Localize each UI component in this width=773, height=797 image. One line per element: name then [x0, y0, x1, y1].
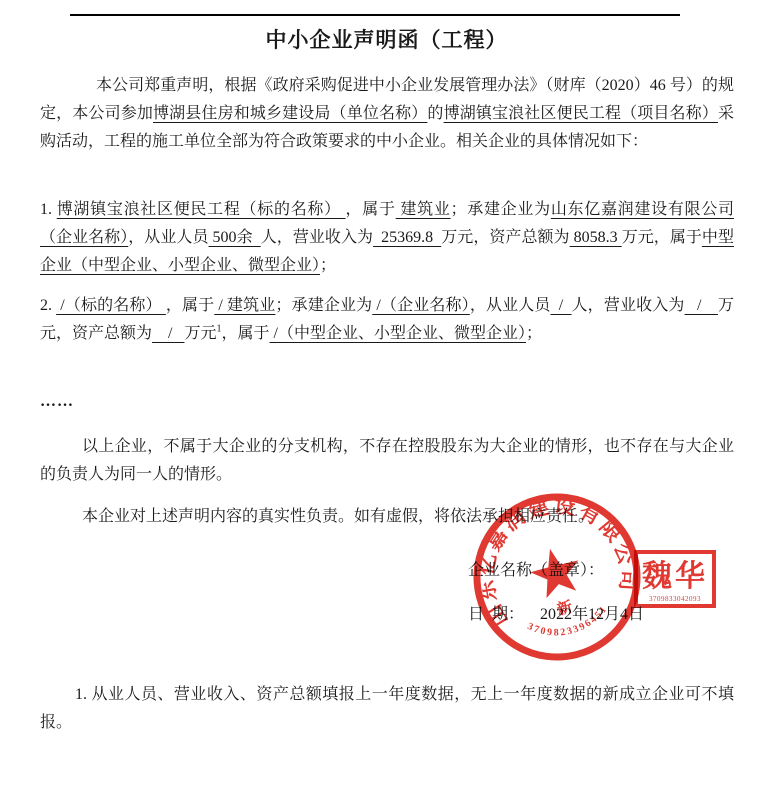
name-stamp-border [636, 552, 714, 606]
blank-assets: 8058.3 [570, 229, 622, 246]
text-segment: ，属于 [166, 297, 214, 314]
text-segment: ；承建企业为 [275, 297, 372, 314]
blank-employees: 500余 [209, 229, 261, 246]
blank-enterprise-type: /（中型企业、小型企业、微型企业） [270, 325, 526, 342]
no-branch-paragraph: 以上企业，不属于大企业的分支机构，不存在控股股东为大企业的情形，也不存在与大企业… [40, 433, 734, 489]
item-number: 1. [40, 201, 57, 218]
blank-company-name: /（企业名称） [372, 297, 470, 314]
text-segment: ，属于 [221, 325, 269, 342]
blank-industry: / 建筑业 [214, 297, 275, 314]
text-segment: ，属于 [346, 201, 396, 218]
top-rule [70, 14, 680, 16]
blank-assets: / [152, 325, 184, 342]
blank-target-name: /（标的名称） [56, 297, 166, 314]
ellipsis-line: …… [40, 388, 734, 416]
name-stamp-text: 魏华 [642, 560, 708, 593]
text-segment: 万元 [184, 325, 216, 342]
date-value: 2022年12月4日 [540, 606, 644, 623]
date-label: 日 期： [468, 606, 524, 623]
blank-revenue: 25369.8 [373, 229, 441, 246]
intro-paragraph: 本公司郑重声明，根据《政府采购促进中小企业发展管理办法》（财库（2020）46 … [40, 72, 734, 156]
text-segment: 万元，资产总额为 [441, 229, 569, 246]
text-segment: ，从业人员 [128, 229, 208, 246]
page-title: 中小企业声明函（工程） [0, 24, 773, 54]
text-segment: ；承建企业为 [451, 201, 551, 218]
text-segment: 的 [427, 105, 443, 122]
blank-purchaser-name: 博湖县住房和城乡建设局（单位名称） [153, 105, 427, 122]
responsibility-paragraph: 本企业对上述声明内容的真实性负责。如有虚假，将依法承担相应责任。 [40, 503, 734, 531]
company-seal-label: 企业名称（盖章）： [468, 557, 604, 580]
text-segment: ； [320, 257, 336, 274]
name-stamp-code: 3709833042093 [649, 595, 701, 603]
document-page: 中小企业声明函（工程） 本公司郑重声明，根据《政府采购促进中小企业发展管理办法》… [0, 0, 773, 797]
text-segment: ； [526, 325, 542, 342]
enterprise-item-2: 2. /（标的名称） ，属于 / 建筑业；承建企业为 /（企业名称），从业人员 … [40, 292, 734, 348]
footnote: 1. 从业人员、营业收入、资产总额填报上一年度数据，无上一年度数据的新成立企业可… [40, 681, 734, 737]
blank-employees: / [551, 297, 572, 314]
text-segment: 人，营业收入为 [572, 297, 685, 314]
blank-project-name: 博湖镇宝浪社区便民工程（项目名称） [444, 105, 718, 122]
text-segment: 人，营业收入为 [261, 229, 373, 246]
personal-name-stamp: 魏华 3709833042093 [633, 549, 717, 611]
text-segment: ，从业人员 [470, 297, 551, 314]
date-line: 日 期：2022年12月4日 [468, 601, 644, 624]
item-number: 2. [40, 297, 56, 314]
enterprise-item-1: 1. 博湖镇宝浪社区便民工程（标的名称） ，属于 建筑业；承建企业为山东亿嘉润建… [40, 196, 734, 280]
text-segment: 万元，属于 [622, 229, 702, 246]
blank-industry: 建筑业 [396, 201, 451, 218]
blank-revenue: / [685, 297, 718, 314]
blank-target-name: 博湖镇宝浪社区便民工程（标的名称） [57, 201, 346, 218]
